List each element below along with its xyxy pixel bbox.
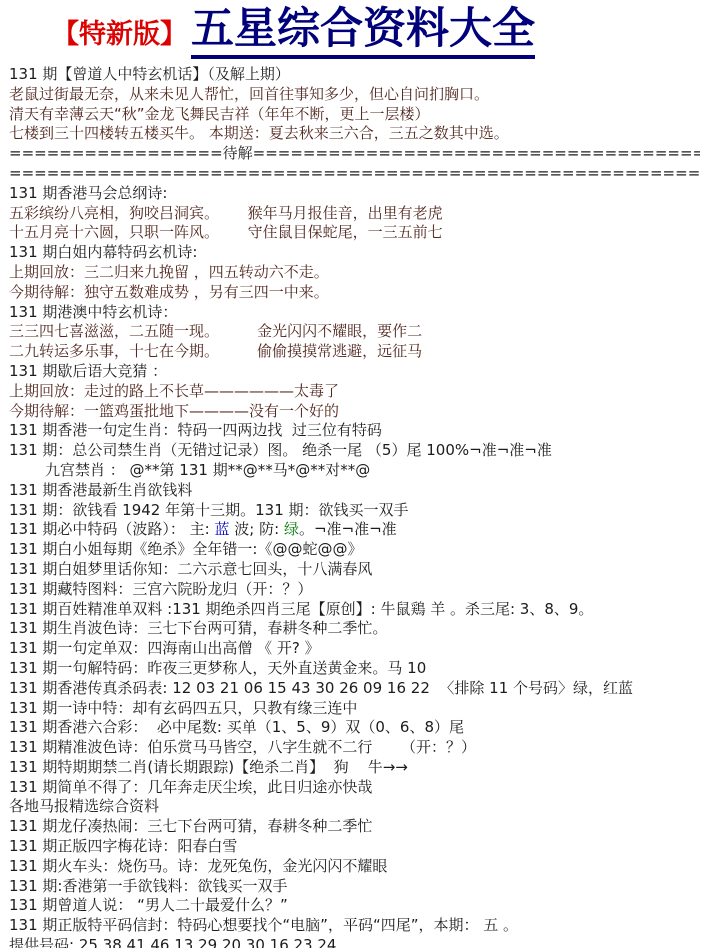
text-line: 131 期白姐梦里话你知：二六示意七回头，十八满春风 <box>9 560 700 580</box>
text-line: 131 期:香港第一手欲钱料：欲钱买一双手 <box>9 877 700 897</box>
text-line: 131 期香港一句定生肖：特码一四两边找 过三位有特码 <box>9 421 700 441</box>
text-line: 131 期正版四字梅花诗：阳春白雪 <box>9 837 700 857</box>
text-line: 老鼠过街最无奈，从来未见人帮忙，回首往事知多少，但心自问扪胸口。 <box>9 85 700 105</box>
text-line: 131 期：总公司禁生肖（无错过记录）图。 绝杀一尾 （5）尾 100%¬准¬准… <box>9 441 700 461</box>
text-line: 131 期藏特图料：三宫六院盼龙归（开：？） <box>9 580 700 600</box>
text-line: 131 期一诗中特：却有玄码四五只，只教有缘三连中 <box>9 699 700 719</box>
masthead: 【特新版】 五星综合资料大全 <box>0 0 702 62</box>
text-line: 今期待解：独守五数难成势 ，另有三四一中来。 <box>9 283 700 303</box>
text-line: 131 期火车头：烧伤马。诗：龙死兔伤，金光闪闪不耀眼 <box>9 857 700 877</box>
text-line: 二九转运多乐事，十七在今期。 偷偷摸摸常逃避，远征马 <box>9 342 700 362</box>
text-line: 131 期百姓精准单双料 :131 期绝杀四肖三尾【原创】: 牛鼠鶏 羊 。杀三… <box>9 600 700 620</box>
text-line: 131 期香港传真杀码表: 12 03 21 06 15 43 30 26 09… <box>9 679 700 699</box>
text-segment-blue: 蓝 <box>215 520 230 538</box>
text-line: 各地马报精选综合资料 <box>9 797 700 817</box>
text-line: 131 期生肖波色诗：三七下台两可猜，春耕冬种二季忙。 <box>9 619 700 639</box>
text-segment-text: 。¬准¬准¬准 <box>299 520 397 538</box>
text-line: 131 期香港六合彩： 必中尾数: 买单（1、5、9）双（0、6、8）尾 <box>9 718 700 738</box>
text-line: 131 期特期期禁二肖(请长期跟踪)【绝杀二肖】 狗 牛→→ <box>9 758 700 778</box>
text-line: 131 期曾道人说： “男人二十最爱什么？” <box>9 896 700 916</box>
text-line: 131 期白小姐每期《绝杀》全年错一:《@@蛇@@》 <box>9 540 700 560</box>
text-line: 131 期一句定单双：四海南山出高僧 《 开? 》 <box>9 639 700 659</box>
page-title: 五星综合资料大全 <box>191 4 535 59</box>
page: 【特新版】 五星综合资料大全 131 期【曾道人中特玄机话】（及解上期）老鼠过街… <box>0 0 702 948</box>
text-line: 131 期香港马会总纲诗: <box>9 184 700 204</box>
edition-badge: 【特新版】 <box>52 12 187 51</box>
text-line: 131 期白姐内幕特码玄机诗: <box>9 243 700 263</box>
text-line: 提供号码: 25 38 41 46 13 29 20 30 16 23 24 <box>9 936 700 948</box>
text-line: 131 期歇后语大竞猜 ： <box>9 362 700 382</box>
text-line: =================待解=====================… <box>9 144 700 164</box>
text-segment-text: 波; 防: <box>230 520 284 538</box>
text-line: 今期待解：一篮鸡蛋批地下————没有一个好的 <box>9 402 700 422</box>
text-line: 上期回放：三二归来九挽留 ，四五转动六不走。 <box>9 263 700 283</box>
text-line: 三三四七喜滋滋，二五随一现。 金光闪闪不耀眼，要作二 <box>9 322 700 342</box>
text-line: 131 期香港最新生肖欲钱料 <box>9 481 700 501</box>
text-segment-green: 绿 <box>284 520 299 538</box>
text-line: 131 期港澳中特玄机诗： <box>9 303 700 323</box>
content-lines: 131 期【曾道人中特玄机话】（及解上期）老鼠过街最无奈，从来未见人帮忙，回首往… <box>0 62 702 948</box>
text-line: 清天有幸薄云天“秋”金龙飞舞民吉祥（年年不断，更上一层楼） <box>9 105 700 125</box>
text-line: 五彩缤纷八亮相，狗咬吕洞宾。 猴年马月报佳音，出里有老虎 <box>9 204 700 224</box>
text-line: ========================================… <box>9 164 700 184</box>
text-line: 上期回放：走过的路上不长草——————太毒了 <box>9 382 700 402</box>
text-line: 131 期必中特码（波路）： 主: 蓝 波; 防: 绿。¬准¬准¬准 <box>9 520 700 540</box>
text-line: 七楼到三十四楼转五楼买牛。 本期送：夏去秋来三六合，三五之数其中选。 <box>9 124 700 144</box>
text-line: 131 期简单不得了：几年奔走厌尘埃，此日归途亦快哉 <box>9 778 700 798</box>
text-line: 131 期精准波色诗：伯乐赏马马皆空，八字生就不二行 （开：？） <box>9 738 700 758</box>
text-line: 131 期龙仔凑热闹：三七下台两可猜，春耕冬种二季忙 <box>9 817 700 837</box>
text-segment-text: 131 期必中特码（波路）： 主: <box>9 520 215 538</box>
text-line: 十五月亮十六圆，只职一阵风。 守住鼠目保蛇尾，一三五前七 <box>9 223 700 243</box>
text-line: 131 期一句解特码：昨夜三更梦称人，天外直送黄金来。马 10 <box>9 659 700 679</box>
text-line: 131 期：欲钱看 1942 年第十三期。131 期：欲钱买一双手 <box>9 501 700 521</box>
text-line: 九宫禁肖 ： @**第 131 期**@**马*@**对**@ <box>9 461 700 481</box>
text-line: 131 期【曾道人中特玄机话】（及解上期） <box>9 65 700 85</box>
text-line: 131 期正版特平码信封：特码心想要找个“电脑”，平码“四尾”，本期： 五 。 <box>9 916 700 936</box>
